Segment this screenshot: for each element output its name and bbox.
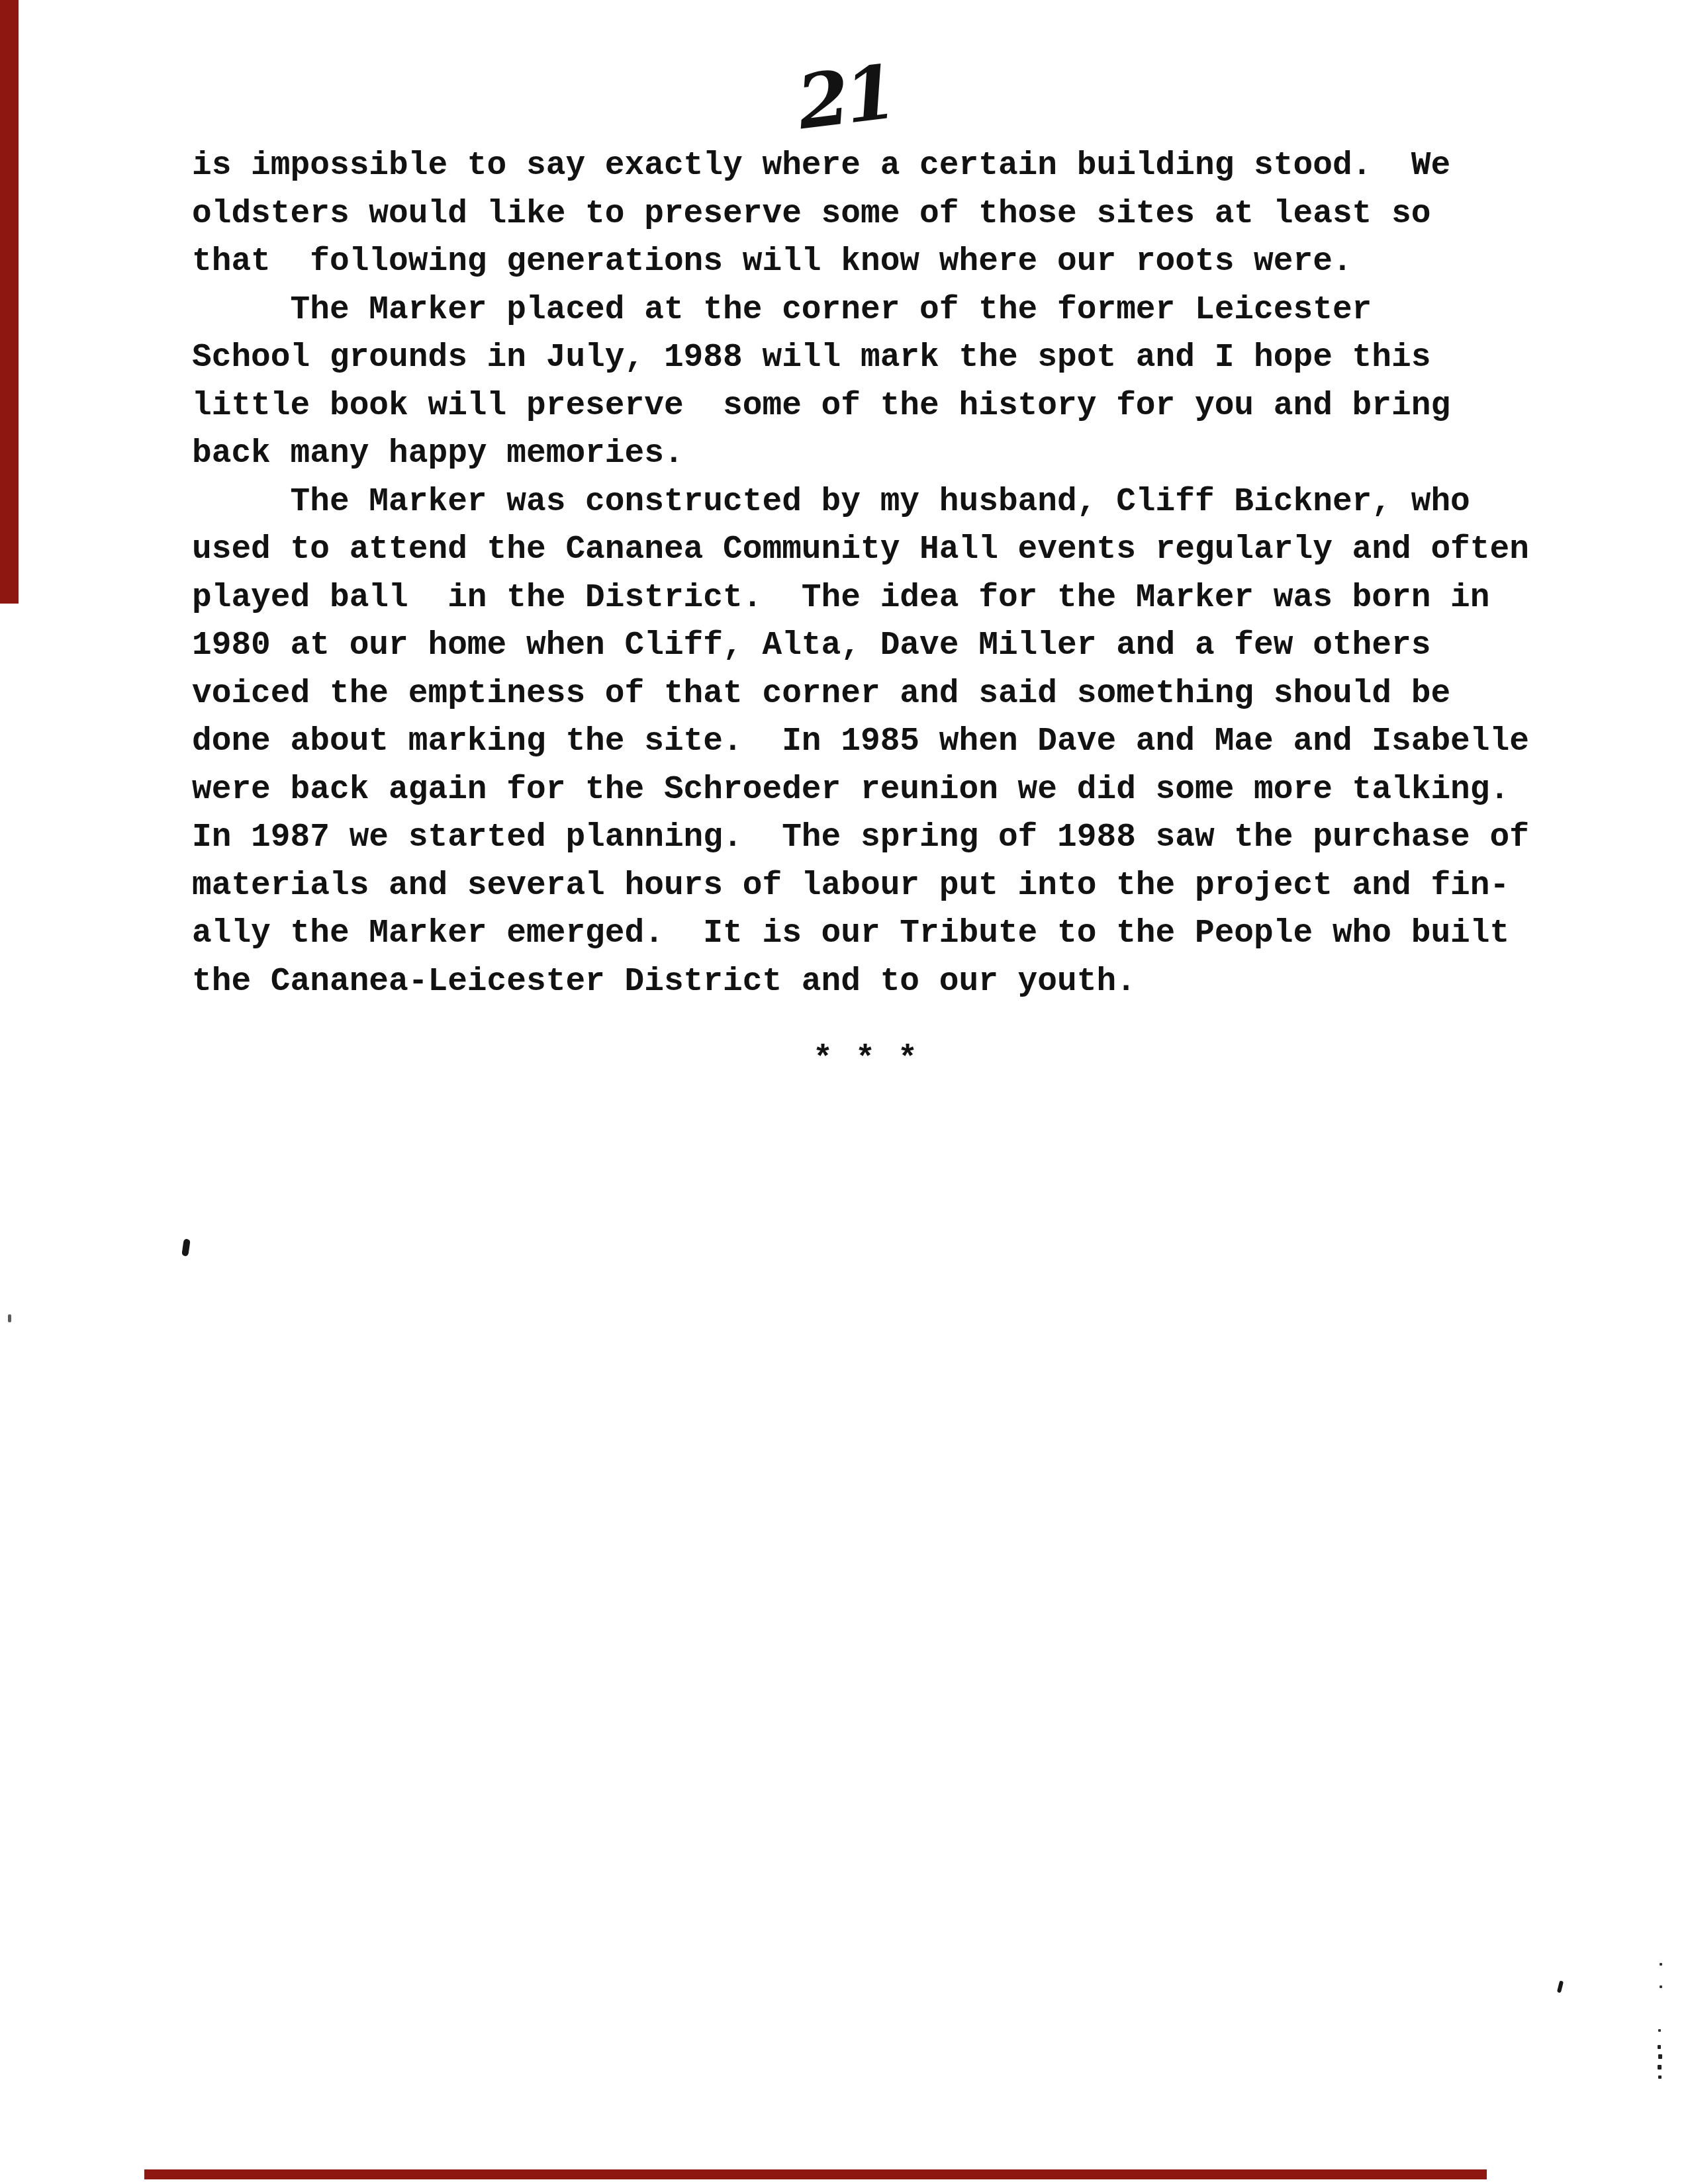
- ink-speck: [1660, 1985, 1662, 1988]
- ink-speck: [1660, 1963, 1662, 1966]
- handwritten-page-number: 21: [793, 49, 898, 147]
- text-line: The Marker was constructed by my husband…: [192, 478, 1529, 526]
- text-line: were back again for the Schroeder reunio…: [192, 766, 1529, 814]
- ink-speck: [8, 1314, 11, 1322]
- asterisk-separator: * * *: [192, 1040, 1540, 1078]
- text-line: little book will preserve some of the hi…: [192, 382, 1529, 430]
- ink-speck: [1658, 2054, 1662, 2059]
- document-page: 21 is impossible to say exactly where a …: [0, 0, 1688, 2184]
- ink-speck: [1557, 1981, 1564, 1993]
- text-line: the Cananea-Leicester District and to ou…: [192, 958, 1529, 1006]
- ink-speck: [1658, 2045, 1661, 2049]
- text-line: voiced the emptiness of that corner and …: [192, 670, 1529, 718]
- text-line: 1980 at our home when Cliff, Alta, Dave …: [192, 621, 1529, 670]
- text-line: In 1987 we started planning. The spring …: [192, 813, 1529, 862]
- ink-speck: [1658, 2029, 1661, 2032]
- body-text: is impossible to say exactly where a cer…: [192, 142, 1529, 1005]
- text-line: played ball in the District. The idea fo…: [192, 574, 1529, 622]
- scan-artifact-bottom-bar: [144, 2169, 1487, 2179]
- text-line: School grounds in July, 1988 will mark t…: [192, 334, 1529, 382]
- text-line: ally the Marker emerged. It is our Tribu…: [192, 909, 1529, 958]
- text-line: that following generations will know whe…: [192, 238, 1529, 286]
- ink-speck: [181, 1238, 191, 1256]
- text-line: oldsters would like to preserve some of …: [192, 190, 1529, 238]
- text-line: used to attend the Cananea Community Hal…: [192, 525, 1529, 574]
- text-line: materials and several hours of labour pu…: [192, 862, 1529, 910]
- text-line: The Marker placed at the corner of the f…: [192, 286, 1529, 334]
- ink-speck: [1658, 2065, 1662, 2070]
- ink-speck: [1658, 2075, 1662, 2079]
- scan-artifact-left-bar: [0, 0, 19, 604]
- text-line: is impossible to say exactly where a cer…: [192, 142, 1529, 190]
- text-line: done about marking the site. In 1985 whe…: [192, 717, 1529, 766]
- text-line: back many happy memories.: [192, 430, 1529, 478]
